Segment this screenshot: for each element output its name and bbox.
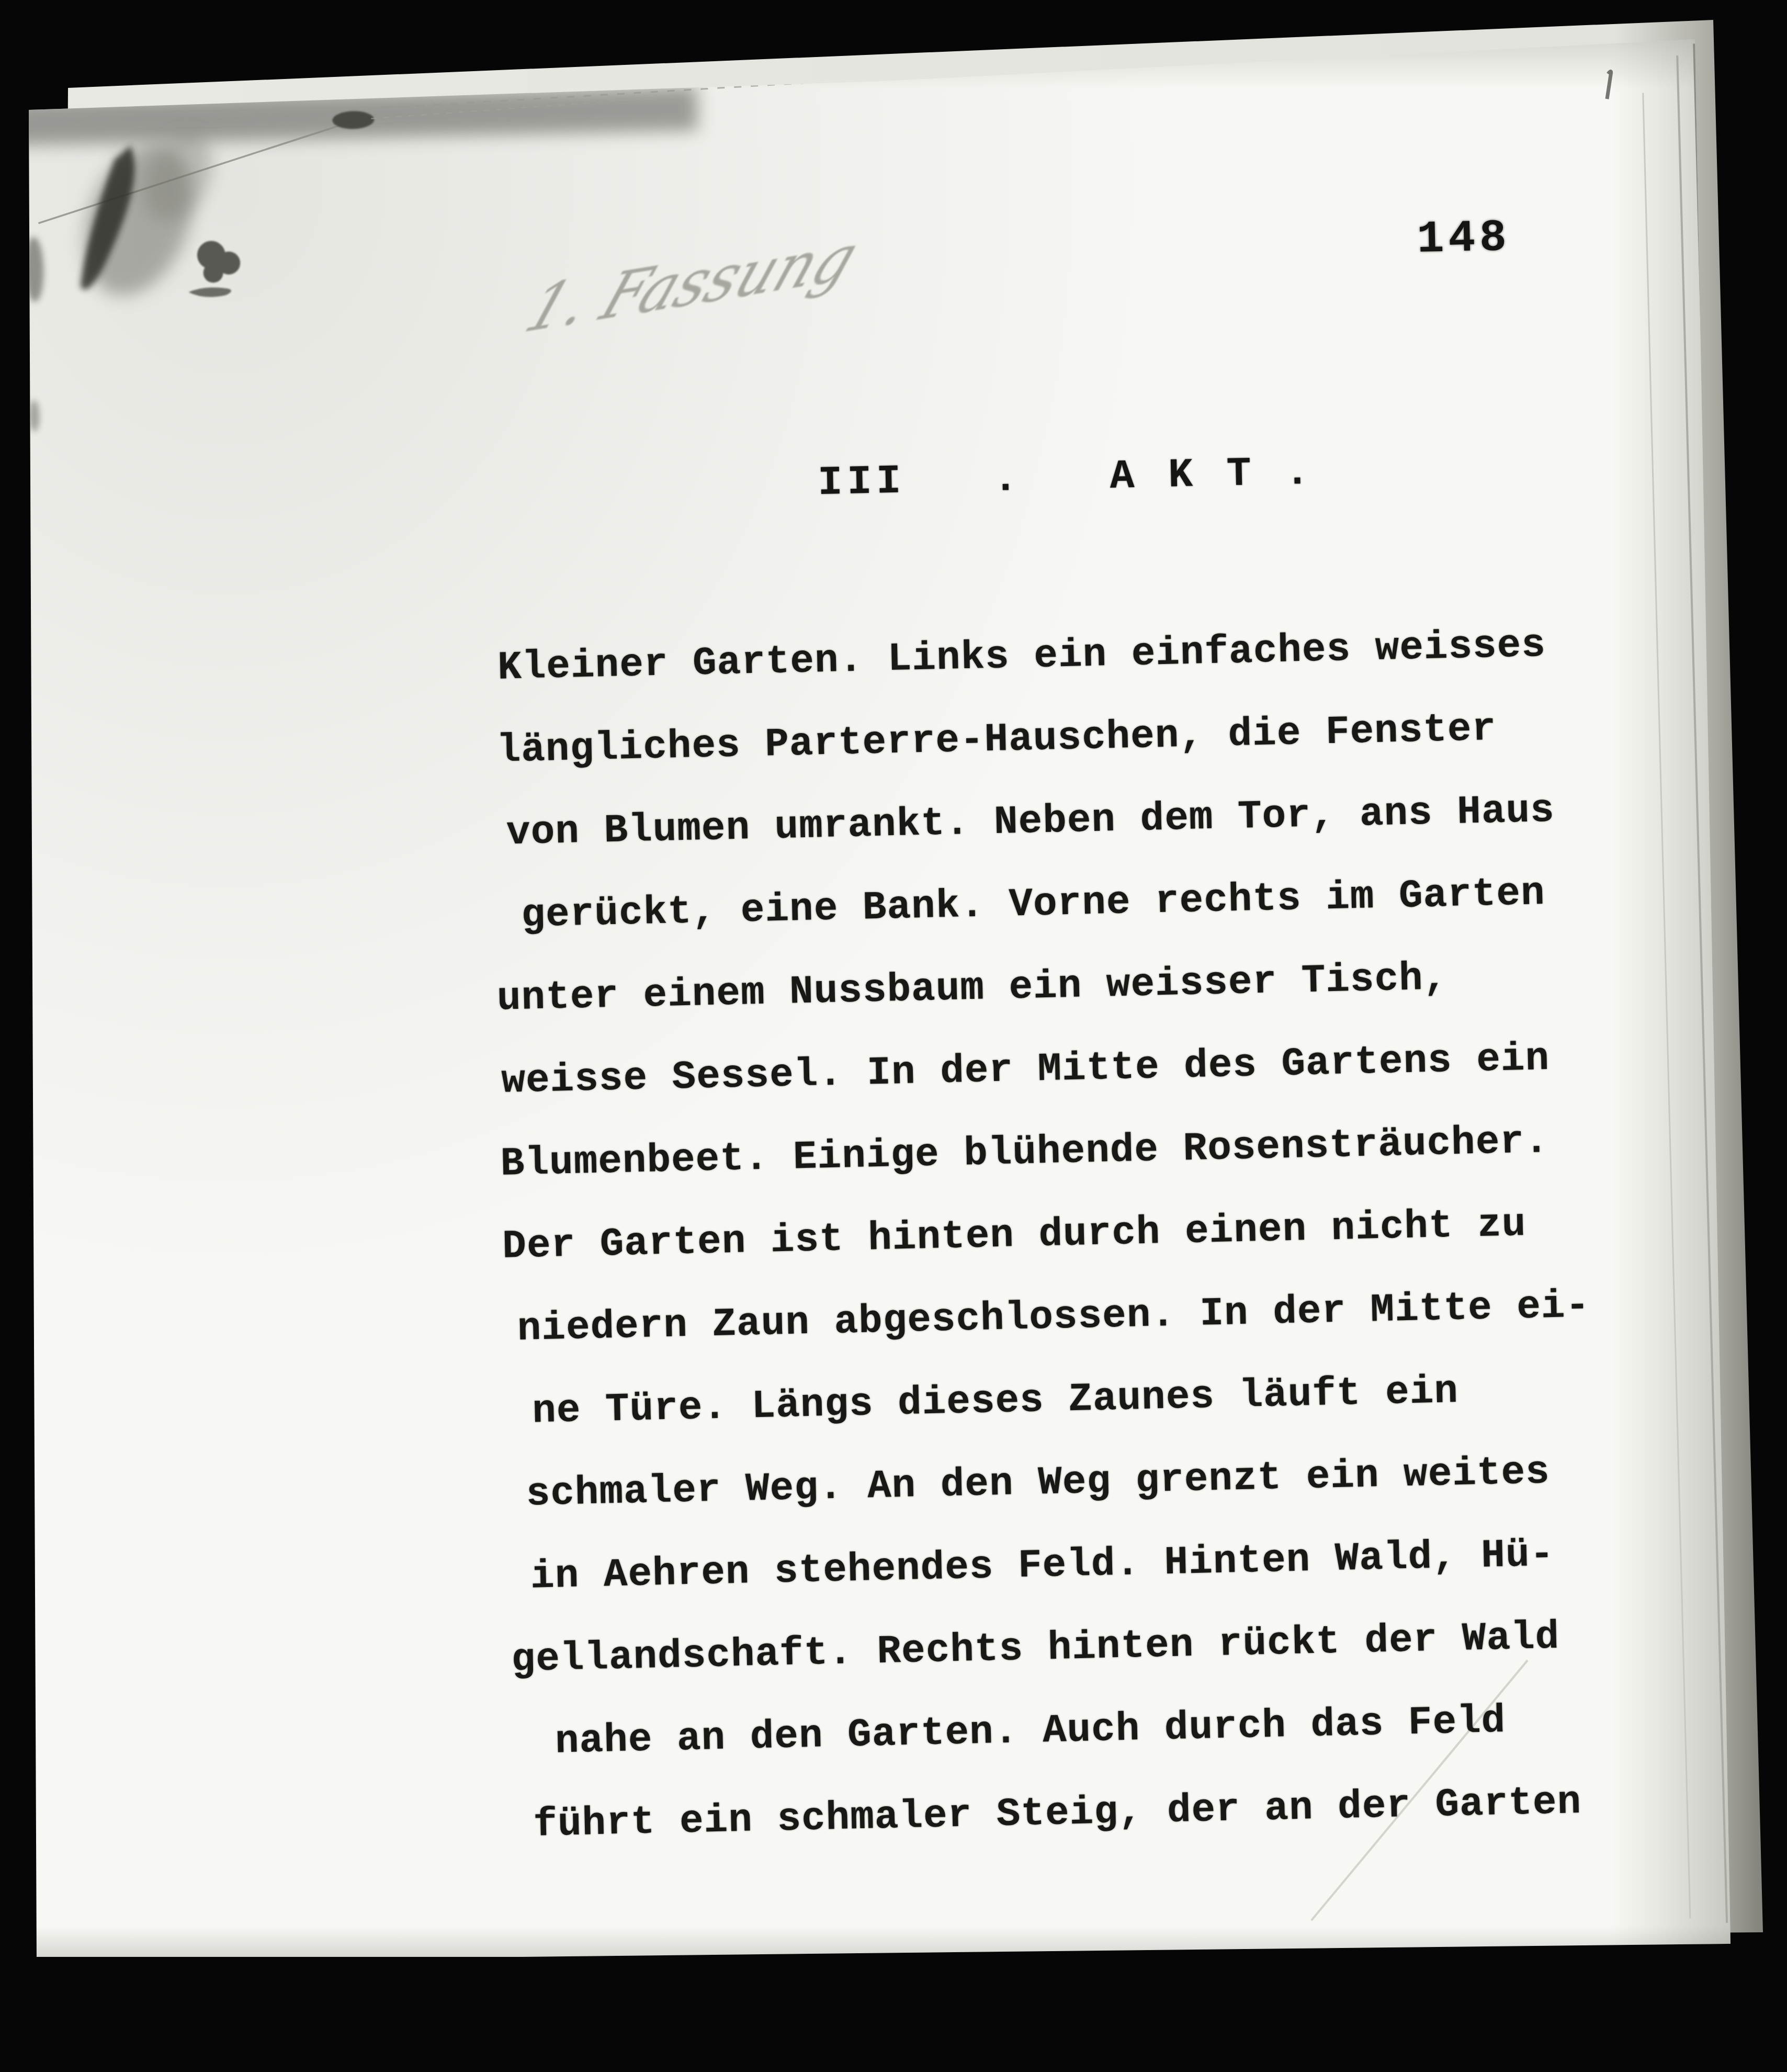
- page-content: 1. Fassung 148 III . A K T . Kleiner Gar…: [0, 13, 1752, 1975]
- left-edge-fuzz-2: [29, 400, 40, 432]
- ink-blot: [197, 240, 241, 283]
- stage-directions: Kleiner Garten. Links ein einfaches weis…: [489, 622, 1602, 1886]
- page-number: 148: [1417, 212, 1511, 265]
- document-page: 1. Fassung 148 III . A K T . Kleiner Gar…: [21, 31, 1732, 1957]
- handwritten-annotation-text: 1. Fassung: [516, 220, 868, 348]
- pen-tick-mark: [1607, 71, 1612, 99]
- small-smear: [188, 287, 231, 298]
- left-edge-fuzz: [24, 237, 44, 302]
- handwritten-note: 1. Fassung: [516, 220, 868, 348]
- inner-page-edge-line: [1643, 93, 1690, 1918]
- scan-background: 1. Fassung 148 III . A K T . Kleiner Gar…: [0, 0, 1787, 2072]
